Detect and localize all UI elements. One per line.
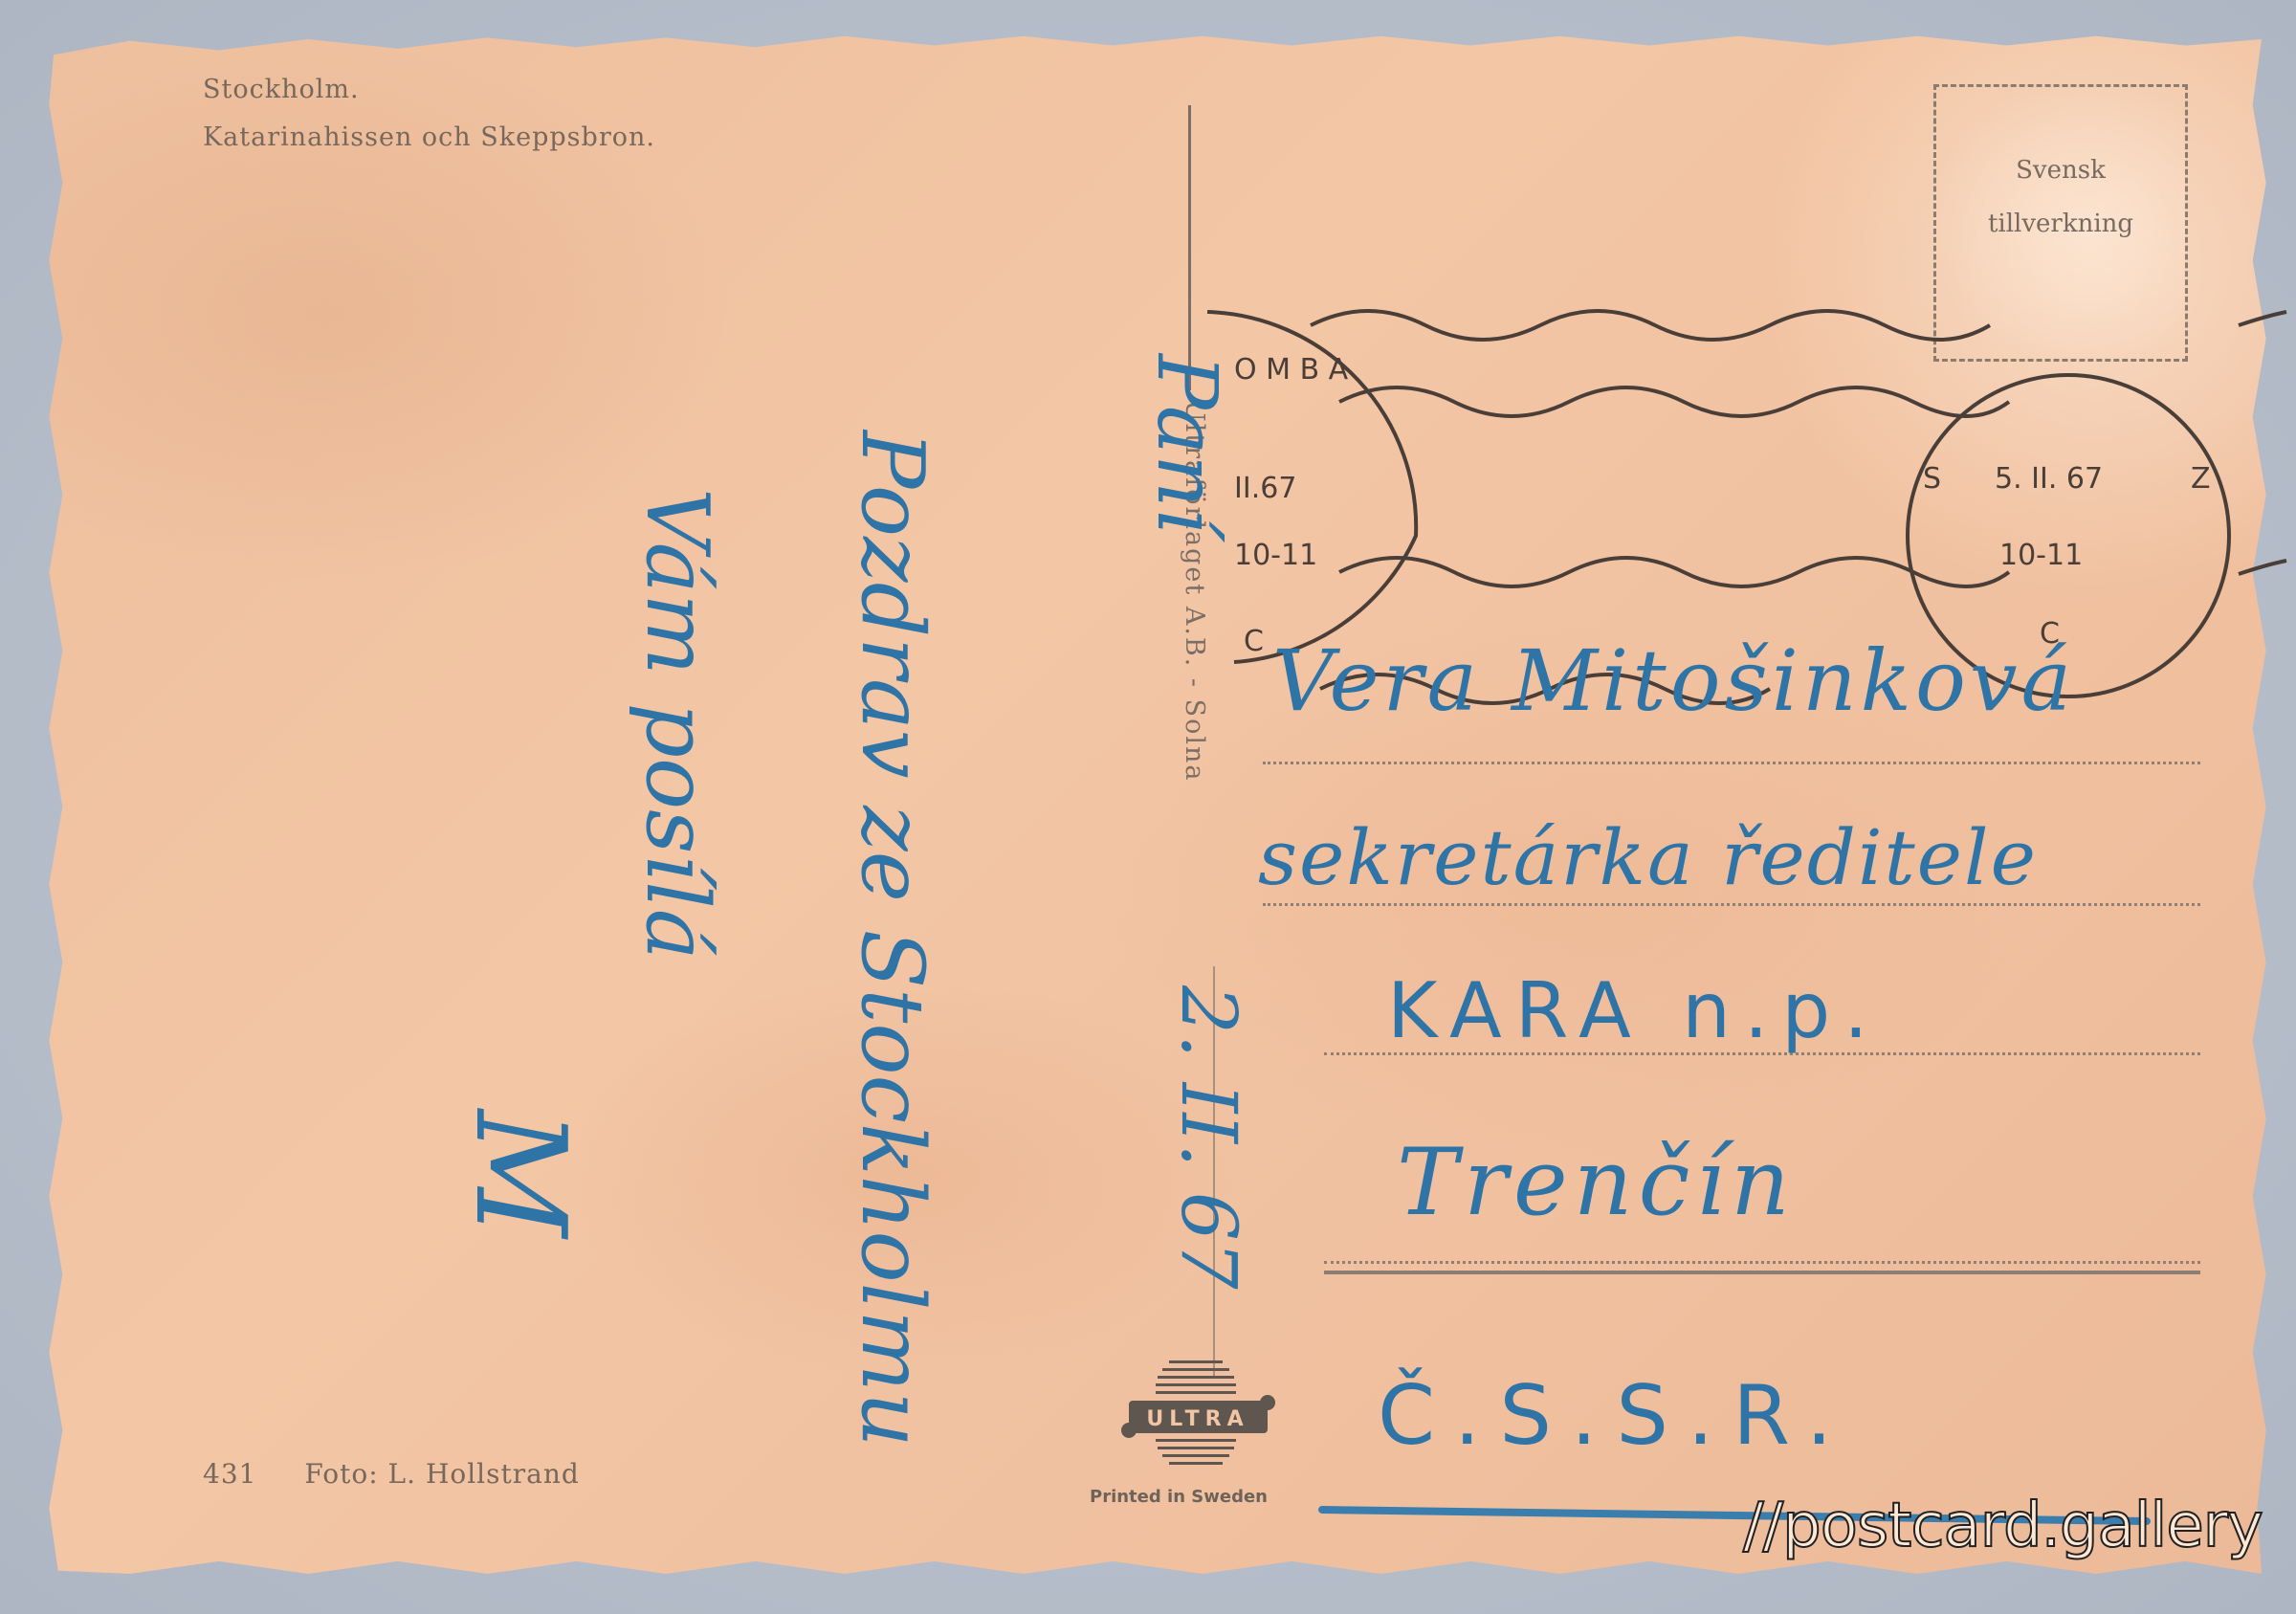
ultra-logo-icon: ULTRA xyxy=(1110,1339,1282,1483)
postmark-left-time: 10-11 xyxy=(1234,539,1317,572)
postmark-left-date: II.67 xyxy=(1234,472,1296,505)
address-city: Trenčín xyxy=(1397,1129,1796,1236)
address-line-solid xyxy=(1324,1271,2200,1274)
address-name: Vera Mitošinková xyxy=(1272,631,2075,730)
address-title: sekretárka ředitele xyxy=(1258,813,2038,902)
svg-text:Z: Z xyxy=(2191,462,2211,496)
address-company: KARA n.p. xyxy=(1387,966,1882,1055)
address-line-1 xyxy=(1263,762,2200,764)
postmark-right-time: 10-11 xyxy=(1999,539,2083,572)
address-country: Č.S.S.R. xyxy=(1378,1368,1851,1464)
svg-text:S: S xyxy=(1923,462,1941,496)
postmark-left-letter: C xyxy=(1244,625,1264,658)
message-line-2: Vám posílá xyxy=(627,488,727,961)
postmark-left-text: O M B A xyxy=(1234,353,1349,387)
salutation: Paní xyxy=(1138,354,1234,534)
address-line-4 xyxy=(1324,1261,2200,1264)
watermark: //postcard.gallery xyxy=(1743,1491,2263,1561)
address-line-2 xyxy=(1263,903,2200,906)
printed-in-sweden: Printed in Sweden xyxy=(1090,1487,1268,1507)
signature: M xyxy=(448,1110,593,1237)
message-line-1: Pozdrav ze Stockholmu xyxy=(842,431,942,1448)
postmark-right-date: 5. II. 67 xyxy=(1995,462,2103,496)
svg-text:ULTRA: ULTRA xyxy=(1146,1407,1248,1431)
handwritten-date: 2. II. 67 xyxy=(1164,985,1253,1290)
